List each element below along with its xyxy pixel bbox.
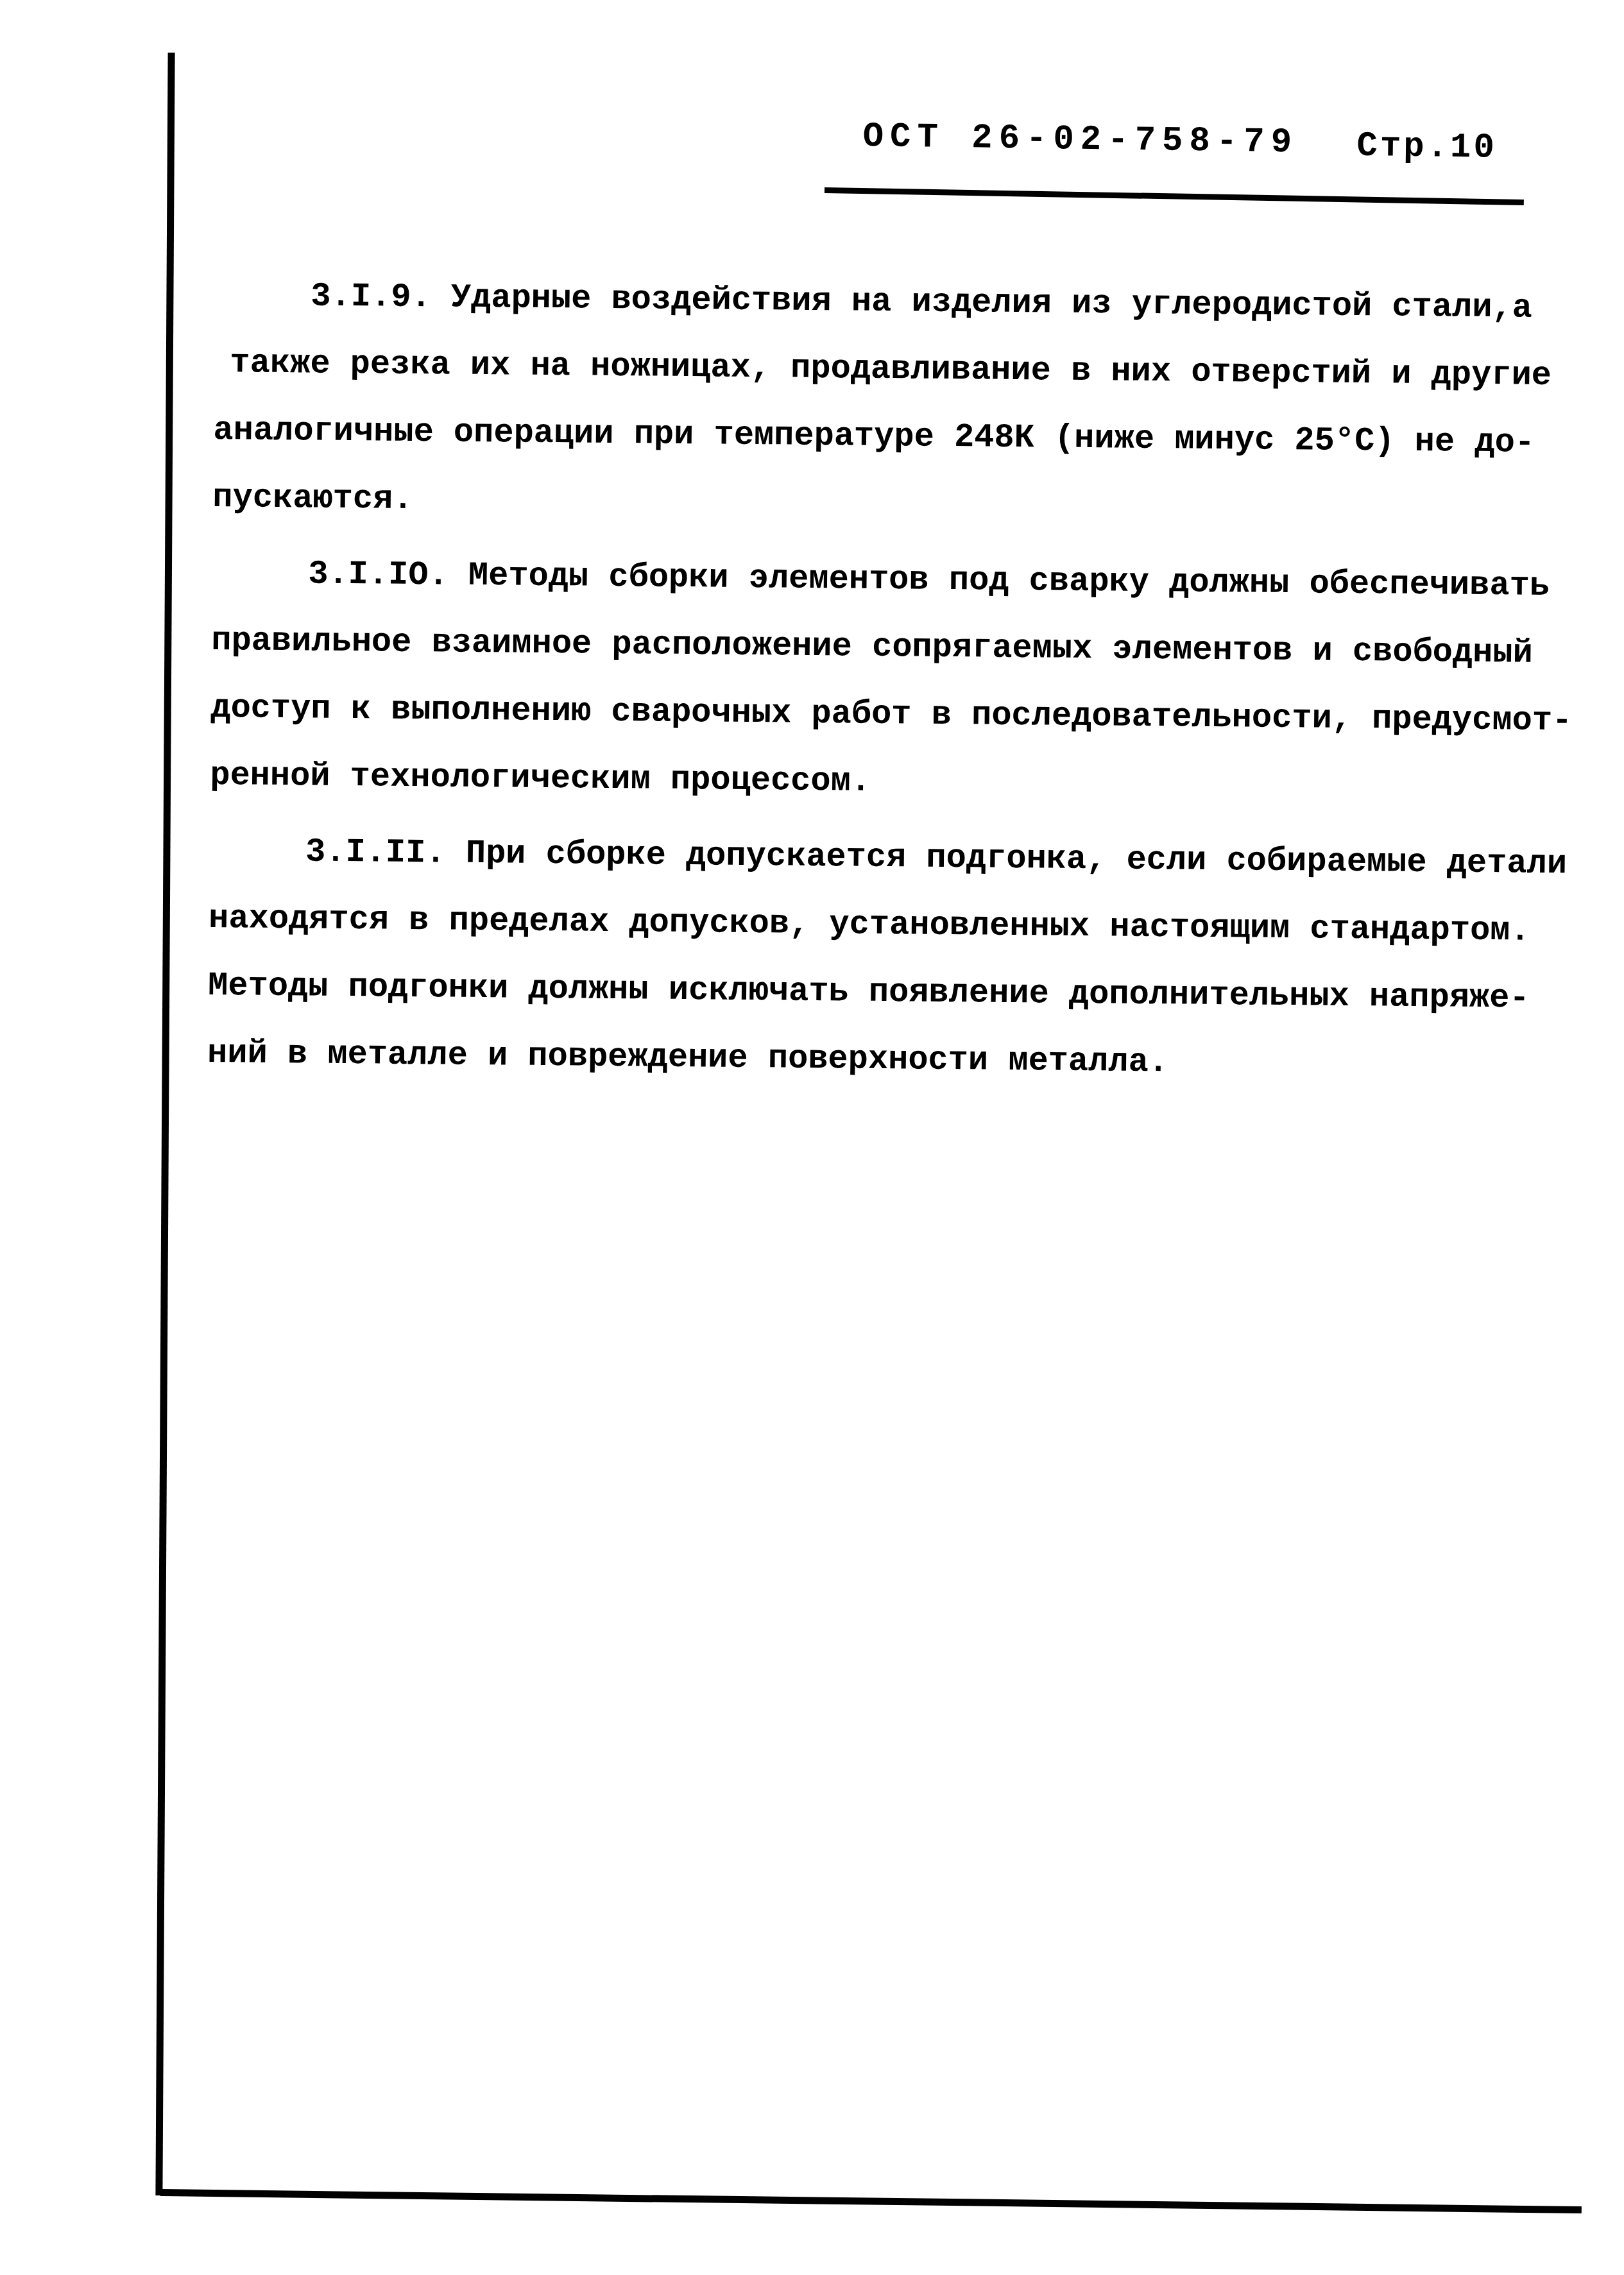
document-number: ОСТ 26-02-758-79 <box>862 117 1298 162</box>
text-line: ренной технологическим процессом. <box>210 742 1584 822</box>
bottom-border-rule <box>160 2189 1582 2213</box>
left-border-rule <box>155 53 175 2195</box>
text-line: 3.I.II. При сборке допускается подгонка,… <box>209 817 1583 898</box>
text-line: 3.I.IO. Методы сборки элементов под свар… <box>212 540 1586 620</box>
text-line: 3.I.9. Ударные воздействия на изделия из… <box>214 262 1588 343</box>
scanned-document-page: ОСТ 26-02-758-79 Стр.10 3.I.9. Ударные в… <box>0 0 1624 2275</box>
text-line: правильное взаимное расположение сопряга… <box>211 607 1585 688</box>
text-line: аналогичные операции при температуре 248… <box>213 396 1587 477</box>
paragraph-3-1-9: 3.I.9. Ударные воздействия на изделия из… <box>212 262 1588 545</box>
text-line: доступ к выполнению сварочных работ в по… <box>210 674 1584 755</box>
paragraph-3-1-11: 3.I.II. При сборке допускается подгонка,… <box>207 817 1583 1100</box>
page-number-label: Стр.10 <box>1356 127 1497 168</box>
text-line: находятся в пределах допусков, установле… <box>209 885 1582 966</box>
text-line: ний в металле и повреждение поверхности … <box>207 1019 1581 1100</box>
text-line: пускаются. <box>212 464 1586 545</box>
page-header: ОСТ 26-02-758-79 Стр.10 <box>862 117 1569 185</box>
document-body: 3.I.9. Ударные воздействия на изделия из… <box>207 262 1588 1108</box>
paragraph-3-1-10: 3.I.IO. Методы сборки элементов под свар… <box>210 540 1586 822</box>
text-line: также резка их на ножницах, продавливани… <box>214 329 1587 410</box>
header-underline <box>825 187 1524 205</box>
text-line: Методы подгонки должны исключать появлен… <box>208 952 1582 1033</box>
